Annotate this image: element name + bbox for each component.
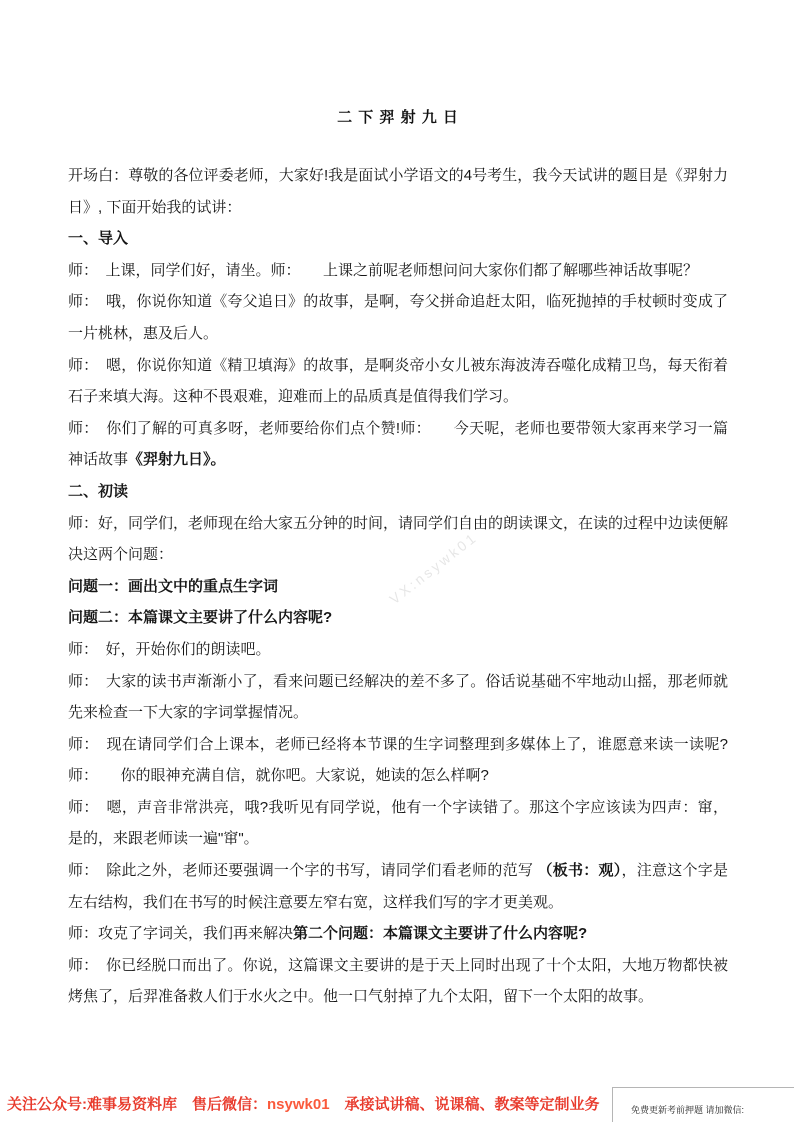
footer-note-text: 免费更新考前押题 请加微信: [631,1103,744,1116]
text-run: 一、导入 [68,230,128,247]
text-run: 师： 哦，你说你知道《夸父追日》的故事，是啊，夸父拼命追赶太阳，临死抛掉的手杖顿… [68,293,728,342]
paragraph: 师：攻克了字词关，我们再来解决第二个问题：本篇课文主要讲了什么内容呢? [68,918,728,950]
paragraph: 问题二：本篇课文主要讲了什么内容呢? [68,602,728,634]
text-run: 师：好，同学们，老师现在给大家五分钟的时间，请同学们自由的朗读课文，在读的过程中… [68,515,728,564]
paragraph: 二、初读 [68,476,728,508]
text-run: 师：攻克了字词关，我们再来解决 [68,925,293,942]
text-run: 师： 好，开始你们的朗读吧。 [68,641,271,658]
footer-promo-run: nsywk01 [267,1096,330,1113]
paragraph: 师： 嗯，声音非常洪亮，哦?我听见有同学说，他有一个字读错了。那这个字应该读为四… [68,792,728,855]
text-run: 师： 大家的读书声渐渐小了，看来问题已经解决的差不多了。俗话说基础不牢地动山摇，… [68,673,728,722]
paragraph: 师： 除此之外，老师还要强调一个字的书写，请同学们看老师的范写 （板书：观），注… [68,855,728,918]
paragraph: 问题一：画出文中的重点生字词 [68,571,728,603]
text-run: 《羿射九日》。 [128,451,226,468]
paragraph: 师：好，同学们，老师现在给大家五分钟的时间，请同学们自由的朗读课文，在读的过程中… [68,508,728,571]
text-run: 师： 上课，同学们好，请坐。师： 上课之前呢老师想问问大家你们都了解哪些神话故事… [68,262,698,279]
document-title: 二 下 羿 射 九 日 [68,106,728,127]
paragraph: 师： 好，开始你们的朗读吧。 [68,634,728,666]
paragraph: 师： 上课，同学们好，请坐。师： 上课之前呢老师想问问大家你们都了解哪些神话故事… [68,255,728,287]
paragraph: 师： 嗯，你说你知道《精卫填海》的故事，是啊炎帝小女儿被东海波涛吞噬化成精卫鸟，… [68,350,728,413]
paragraph: 开场白：尊敬的各位评委老师，大家好!我是面试小学语文的4号考生，我今天试讲的题目… [68,160,728,223]
text-run: （板书：观） [538,862,622,879]
paragraph: 师： 你们了解的可真多呀，老师要给你们点个赞!师： 今天呢，老师也要带领大家再来… [68,413,728,476]
text-run: 开场白：尊敬的各位评委老师，大家好!我是面试小学语文的4号考生，我今天试讲的题目… [68,167,728,216]
text-run: 师： 嗯，声音非常洪亮，哦?我听见有同学说，他有一个字读错了。那这个字应该读为四… [68,799,728,848]
paragraph: 师： 现在请同学们合上课本，老师已经将本节课的生字词整理到多媒体上了，谁愿意来读… [68,729,728,792]
document-body: 开场白：尊敬的各位评委老师，大家好!我是面试小学语文的4号考生，我今天试讲的题目… [68,160,728,1013]
text-run: 问题二：本篇课文主要讲了什么内容呢? [68,609,332,626]
footer-promo-run: 关注公众号:难事易资料库 售后微信： [7,1096,267,1113]
footer-promo-run: 承接试讲稿、说课稿、教案等定制业务 [330,1096,600,1113]
footer-promo: 关注公众号:难事易资料库 售后微信：nsywk01 承接试讲稿、说课稿、教案等定… [7,1093,607,1114]
text-run: 二、初读 [68,483,128,500]
text-run: 第二个问题：本篇课文主要讲了什么内容呢? [293,925,587,942]
text-run: 师： 现在请同学们合上课本，老师已经将本节课的生字词整理到多媒体上了，谁愿意来读… [68,736,728,785]
text-run: 问题一：画出文中的重点生字词 [68,578,278,595]
text-run: 师： 你已经脱口而出了。你说，这篇课文主要讲的是于天上同时出现了十个太阳，大地万… [68,957,728,1006]
text-run: 师： 嗯，你说你知道《精卫填海》的故事，是啊炎帝小女儿被东海波涛吞噬化成精卫鸟，… [68,357,728,406]
paragraph: 师： 大家的读书声渐渐小了，看来问题已经解决的差不多了。俗话说基础不牢地动山摇，… [68,666,728,729]
paragraph: 一、导入 [68,223,728,255]
paragraph: 师： 哦，你说你知道《夸父追日》的故事，是啊，夸父拼命追赶太阳，临死抛掉的手杖顿… [68,286,728,349]
paragraph: 师： 你已经脱口而出了。你说，这篇课文主要讲的是于天上同时出现了十个太阳，大地万… [68,950,728,1013]
text-run: 师： 除此之外，老师还要强调一个字的书写，请同学们看老师的范写 [68,862,538,879]
footer-note-box: 免费更新考前押题 请加微信: [612,1087,794,1122]
document-page: 二 下 羿 射 九 日 VX:nsywk01 开场白：尊敬的各位评委老师，大家好… [0,0,794,1122]
